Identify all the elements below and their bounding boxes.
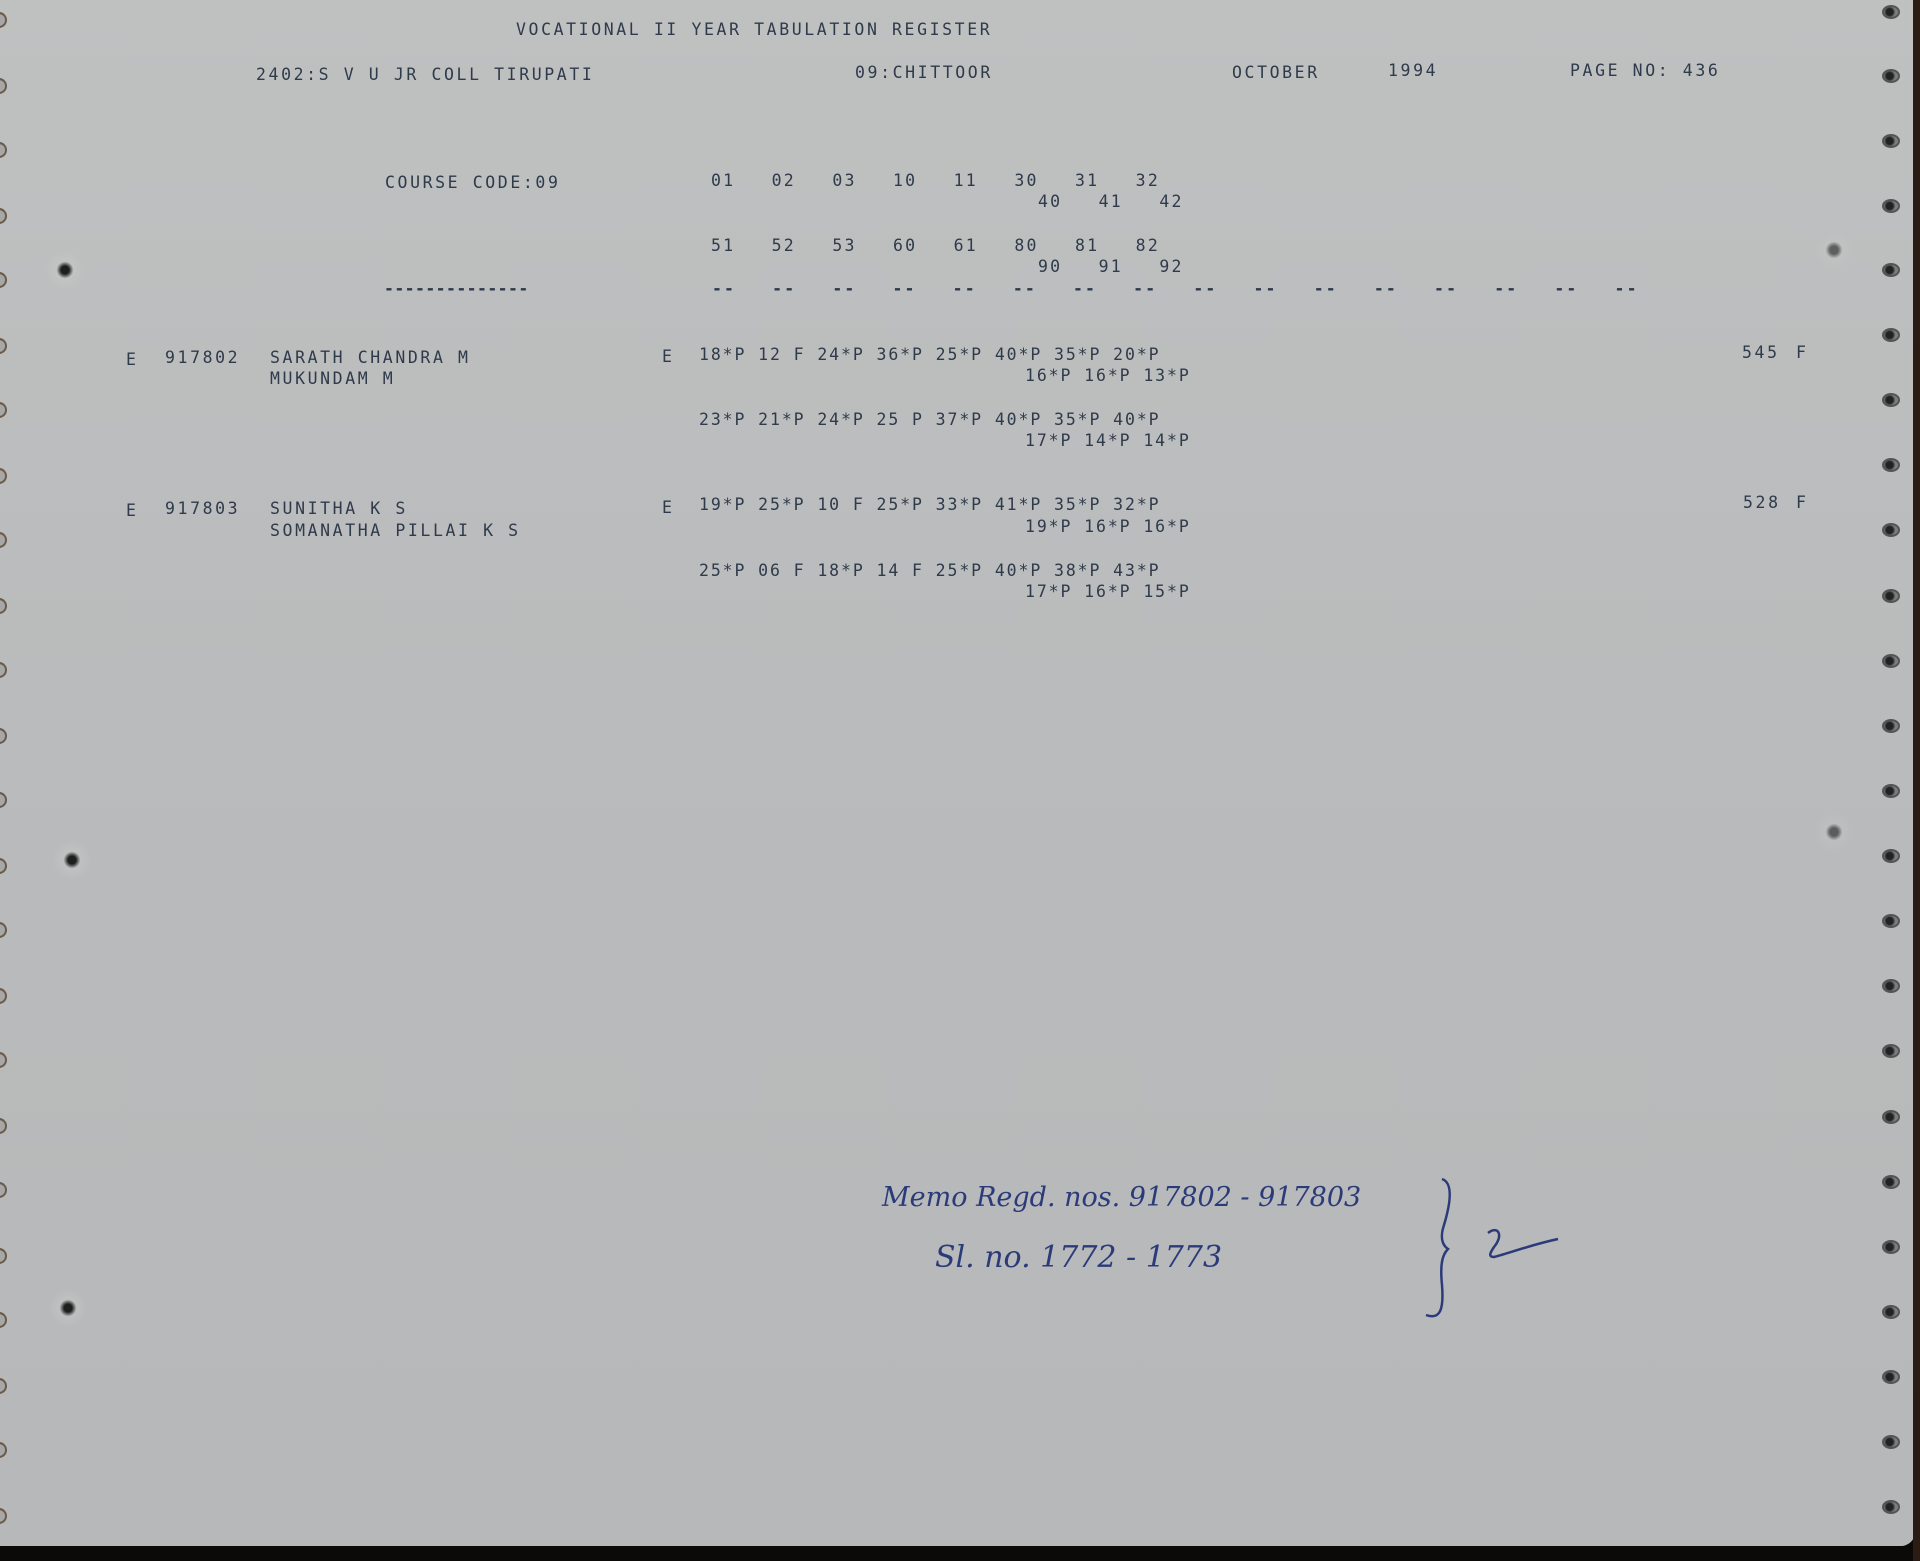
subject-codes-row2: 51 52 53 60 61 80 81 82 (711, 238, 1160, 255)
handwritten-memo-line: Memo Regd. nos. 917802 - 917803 (882, 1182, 1361, 1213)
sprocket-hole-icon (0, 1442, 7, 1458)
sprocket-hole-icon (0, 858, 7, 874)
sprocket-hole-icon (1882, 1044, 1900, 1058)
hall-ticket-number: 917803 (165, 501, 240, 518)
sprocket-hole-icon (1882, 523, 1900, 537)
sprocket-hole-icon (0, 792, 7, 808)
register-title: VOCATIONAL II YEAR TABULATION REGISTER (516, 22, 992, 39)
district: 09:CHITTOOR (855, 65, 993, 82)
sprocket-hole-icon (0, 1248, 7, 1264)
code: E (662, 349, 675, 366)
sprocket-hole-icon (1882, 1370, 1900, 1384)
sprocket-hole-icon (0, 1508, 7, 1524)
sprocket-hole-icon (1882, 1305, 1900, 1319)
sprocket-hole-icon (1882, 199, 1900, 213)
sprocket-hole-icon (0, 78, 7, 94)
medium: E (126, 352, 139, 369)
sprocket-hole-icon (0, 662, 7, 678)
punch-hole-icon (1814, 812, 1854, 852)
sprocket-hole-icon (0, 1182, 7, 1198)
page-number: PAGE NO: 436 (1570, 63, 1720, 80)
sprocket-hole-icon (0, 12, 7, 28)
sprocket-hole-icon (0, 208, 7, 224)
subject-codes-row2-sub: 90 91 92 (1038, 259, 1184, 276)
sprocket-hole-icon (1882, 69, 1900, 83)
punch-hole-icon (48, 1288, 88, 1328)
marks-row2: 23*P 21*P 24*P 25 P 37*P 40*P 35*P 40*P (699, 412, 1161, 429)
sprocket-hole-icon (1882, 1435, 1900, 1449)
sprocket-hole-icon (0, 728, 7, 744)
brace-icon (1420, 1175, 1460, 1325)
header-underline: -------------- (384, 281, 529, 298)
sprocket-hole-icon (0, 1312, 7, 1328)
sprocket-hole-icon (1882, 263, 1900, 277)
sprocket-hole-icon (0, 598, 7, 614)
marks-row1: 18*P 12 F 24*P 36*P 25*P 40*P 35*P 20*P (699, 347, 1161, 364)
sprocket-hole-icon (0, 272, 7, 288)
sprocket-hole-icon (0, 402, 7, 418)
result: F (1796, 345, 1809, 362)
sprocket-hole-icon (1882, 914, 1900, 928)
student-name: SUNITHA K S (270, 501, 408, 518)
marks-row1-sub: 16*P 16*P 13*P (1025, 368, 1191, 385)
marks-row2-sub: 17*P 14*P 14*P (1025, 433, 1191, 450)
college-name: 2402:S V U JR COLL TIRUPATI (256, 67, 594, 84)
sprocket-hole-icon (1882, 393, 1900, 407)
marks-row2-sub: 17*P 16*P 15*P (1025, 584, 1191, 601)
sprocket-hole-icon (0, 532, 7, 548)
sprocket-hole-icon (1882, 1500, 1900, 1514)
sprocket-hole-icon (1882, 1240, 1900, 1254)
exam-month: OCTOBER (1232, 65, 1320, 82)
sprocket-hole-icon (0, 1052, 7, 1068)
sprocket-hole-icon (1882, 849, 1900, 863)
marks-row2: 25*P 06 F 18*P 14 F 25*P 40*P 38*P 43*P (699, 563, 1161, 580)
page-edge (1913, 0, 1920, 1561)
student-name: SARATH CHANDRA M (270, 350, 471, 367)
handwritten-serial-line: Sl. no. 1772 - 1773 (935, 1240, 1222, 1275)
marks-row1: 19*P 25*P 10 F 25*P 33*P 41*P 35*P 32*P (699, 497, 1161, 514)
sprocket-hole-icon (1882, 5, 1900, 19)
sprocket-hole-icon (1882, 1110, 1900, 1124)
sprocket-hole-icon (0, 338, 7, 354)
punch-hole-icon (45, 250, 85, 290)
sprocket-hole-icon (1882, 654, 1900, 668)
sprocket-hole-icon (1882, 719, 1900, 733)
sprocket-hole-icon (1882, 134, 1900, 148)
exam-year: 1994 (1388, 63, 1438, 80)
marks-row1-sub: 19*P 16*P 16*P (1025, 519, 1191, 536)
sprocket-hole-icon (0, 142, 7, 158)
result: F (1796, 495, 1809, 512)
printout-sheet: VOCATIONAL II YEAR TABULATION REGISTER 2… (0, 0, 1915, 1546)
sprocket-hole-icon (1882, 784, 1900, 798)
header-dash-row: -- -- -- -- -- -- -- -- -- -- -- -- -- -… (712, 281, 1639, 298)
sprocket-hole-icon (0, 468, 7, 484)
sprocket-hole-icon (0, 988, 7, 1004)
sprocket-hole-icon (1882, 979, 1900, 993)
sprocket-hole-icon (1882, 589, 1900, 603)
sprocket-hole-icon (0, 1118, 7, 1134)
sprocket-hole-icon (0, 1378, 7, 1394)
code: E (662, 500, 675, 517)
sprocket-hole-icon (1882, 328, 1900, 342)
course-code-label: COURSE CODE:09 (385, 175, 560, 192)
subject-codes-row1: 01 02 03 10 11 30 31 32 (711, 173, 1160, 190)
total-marks: 545 (1742, 345, 1780, 362)
hall-ticket-number: 917802 (165, 350, 240, 367)
total-marks: 528 (1743, 495, 1781, 512)
medium: E (126, 503, 139, 520)
punch-hole-icon (52, 840, 92, 880)
father-name: SOMANATHA PILLAI K S (270, 523, 521, 540)
subject-codes-row1-sub: 40 41 42 (1038, 194, 1184, 211)
punch-hole-icon (1814, 230, 1854, 270)
sprocket-hole-icon (0, 922, 7, 938)
sprocket-hole-icon (1882, 1175, 1900, 1189)
father-name: MUKUNDAM M (270, 371, 395, 388)
sprocket-hole-icon (1882, 458, 1900, 472)
